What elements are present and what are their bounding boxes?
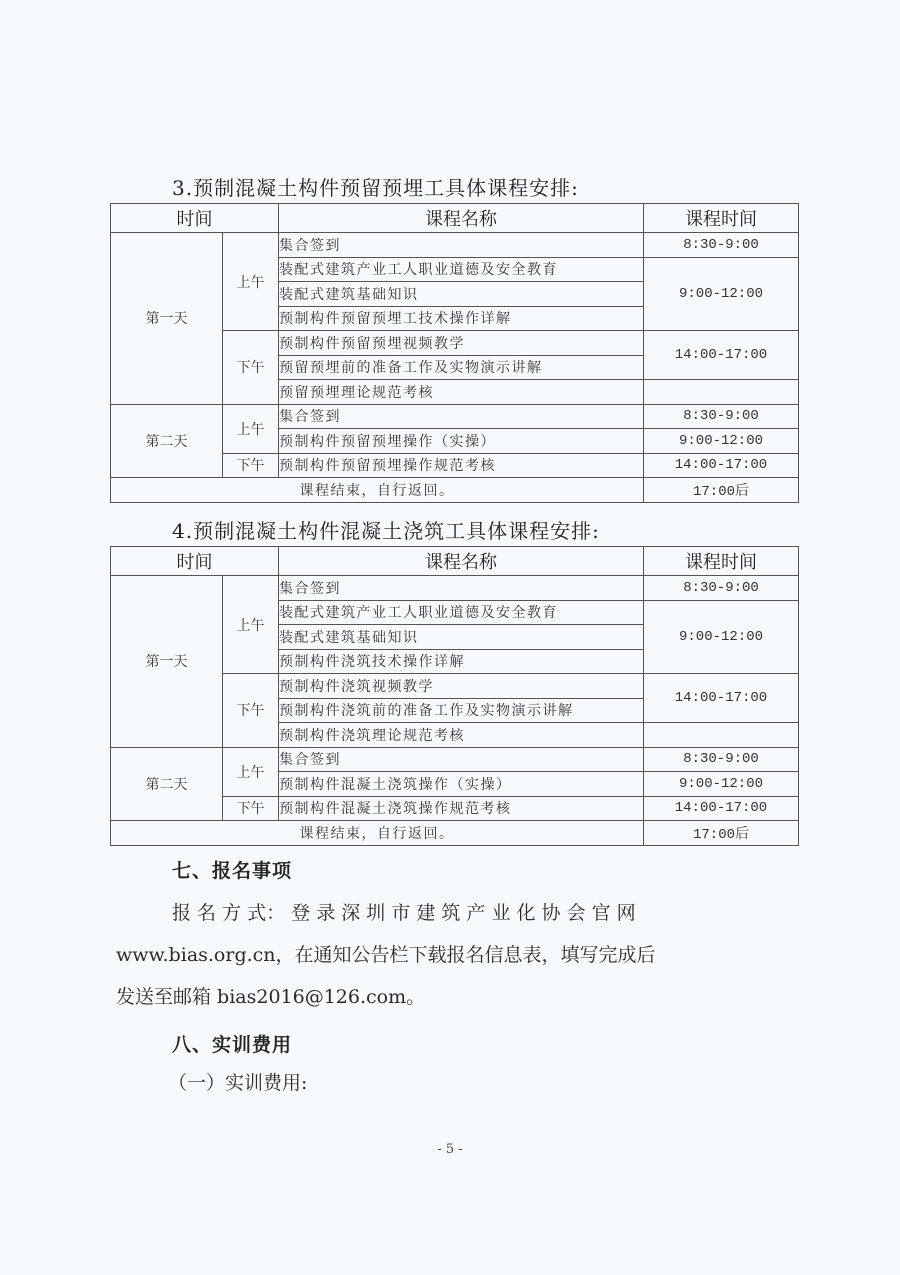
- day-label: 第一天: [111, 233, 223, 405]
- afternoon-label: 下午: [223, 674, 279, 748]
- afternoon-label: 下午: [223, 453, 279, 478]
- schedule-4-title: 4.预制混凝土构件混凝土浇筑工具体课程安排:: [172, 515, 600, 544]
- section-8-title: 八、实训费用: [172, 1030, 292, 1057]
- time-cell: 9:00-12:00: [644, 772, 799, 797]
- course-cell: 预制构件混凝土浇筑操作（实操）: [279, 772, 644, 797]
- course-cell: 装配式建筑基础知识: [279, 282, 644, 307]
- afternoon-label: 下午: [223, 331, 279, 405]
- day-label: 第二天: [111, 404, 223, 478]
- time-cell: 8:30-9:00: [644, 404, 799, 429]
- time-cell: 14:00-17:00: [644, 796, 799, 821]
- time-cell: 9:00-12:00: [644, 257, 799, 331]
- afternoon-label: 下午: [223, 796, 279, 821]
- course-cell: 集合签到: [279, 233, 644, 258]
- section-7-line-2: www.bias.org.cn，在通知公告栏下载报名信息表，填写完成后: [116, 934, 792, 976]
- morning-label: 上午: [223, 404, 279, 453]
- course-cell: 预制构件预留预埋操作（实操）: [279, 429, 644, 454]
- time-cell: 8:30-9:00: [644, 576, 799, 601]
- end-text: 课程结束，自行返回。: [111, 478, 644, 503]
- course-cell: 预制构件预留预埋视频教学: [279, 331, 644, 356]
- course-cell: 装配式建筑产业工人职业道德及安全教育: [279, 257, 644, 282]
- table-header-row: 时间 课程名称 课程时间: [111, 204, 799, 233]
- header-duration: 课程时间: [644, 204, 799, 233]
- time-cell: 8:30-9:00: [644, 233, 799, 258]
- section-7-line-1: 报 名 方 式： 登 录 深 圳 市 建 筑 产 业 化 协 会 官 网: [172, 892, 792, 934]
- course-cell: 预制构件预留预埋操作规范考核: [279, 453, 644, 478]
- table-row: 第一天 上午 集合签到 8:30-9:00: [111, 576, 799, 601]
- course-cell: 集合签到: [279, 747, 644, 772]
- schedule-4-table: 时间 课程名称 课程时间 第一天 上午 集合签到 8:30-9:00 装配式建筑…: [110, 546, 799, 846]
- table-row-end: 课程结束，自行返回。 17:00后: [111, 478, 799, 503]
- table-row: 第二天 上午 集合签到 8:30-9:00: [111, 404, 799, 429]
- time-cell: 14:00-17:00: [644, 453, 799, 478]
- course-cell: 预制构件浇筑理论规范考核: [279, 723, 644, 748]
- table-row: 第二天 上午 集合签到 8:30-9:00: [111, 747, 799, 772]
- header-time: 时间: [111, 547, 279, 576]
- page-number: - 5 -: [0, 1142, 900, 1157]
- end-time: 17:00后: [644, 478, 799, 503]
- course-cell: 预留预埋前的准备工作及实物演示讲解: [279, 355, 644, 380]
- course-cell: 预制构件浇筑技术操作详解: [279, 649, 644, 674]
- time-cell: 9:00-12:00: [644, 429, 799, 454]
- end-time: 17:00后: [644, 821, 799, 846]
- course-cell: 预制构件预留预埋工技术操作详解: [279, 306, 644, 331]
- header-course: 课程名称: [279, 547, 644, 576]
- section-7-title: 七、报名事项: [172, 856, 292, 883]
- end-text: 课程结束，自行返回。: [111, 821, 644, 846]
- time-cell: 8:30-9:00: [644, 747, 799, 772]
- course-cell: 预制构件浇筑前的准备工作及实物演示讲解: [279, 698, 644, 723]
- header-course: 课程名称: [279, 204, 644, 233]
- day-label: 第二天: [111, 747, 223, 821]
- morning-label: 上午: [223, 576, 279, 674]
- header-duration: 课程时间: [644, 547, 799, 576]
- header-time: 时间: [111, 204, 279, 233]
- time-cell: [644, 723, 799, 748]
- table-header-row: 时间 课程名称 课程时间: [111, 547, 799, 576]
- time-cell: [644, 380, 799, 405]
- morning-label: 上午: [223, 747, 279, 796]
- table-row-end: 课程结束，自行返回。 17:00后: [111, 821, 799, 846]
- time-cell: 9:00-12:00: [644, 600, 799, 674]
- table-row: 第一天 上午 集合签到 8:30-9:00: [111, 233, 799, 258]
- section-8-sub-1: （一）实训费用:: [168, 1062, 844, 1104]
- course-cell: 预制构件混凝土浇筑操作规范考核: [279, 796, 644, 821]
- schedule-3-title: 3.预制混凝土构件预留预埋工具体课程安排:: [172, 172, 579, 201]
- course-cell: 装配式建筑基础知识: [279, 625, 644, 650]
- section-7-line-3: 发送至邮箱 bias2016@126.com。: [116, 976, 792, 1018]
- course-cell: 预留预埋理论规范考核: [279, 380, 644, 405]
- time-cell: 14:00-17:00: [644, 674, 799, 723]
- course-cell: 集合签到: [279, 404, 644, 429]
- course-cell: 预制构件浇筑视频教学: [279, 674, 644, 699]
- morning-label: 上午: [223, 233, 279, 331]
- schedule-3-table: 时间 课程名称 课程时间 第一天 上午 集合签到 8:30-9:00 装配式建筑…: [110, 203, 799, 503]
- course-cell: 装配式建筑产业工人职业道德及安全教育: [279, 600, 644, 625]
- course-cell: 集合签到: [279, 576, 644, 601]
- day-label: 第一天: [111, 576, 223, 748]
- time-cell: 14:00-17:00: [644, 331, 799, 380]
